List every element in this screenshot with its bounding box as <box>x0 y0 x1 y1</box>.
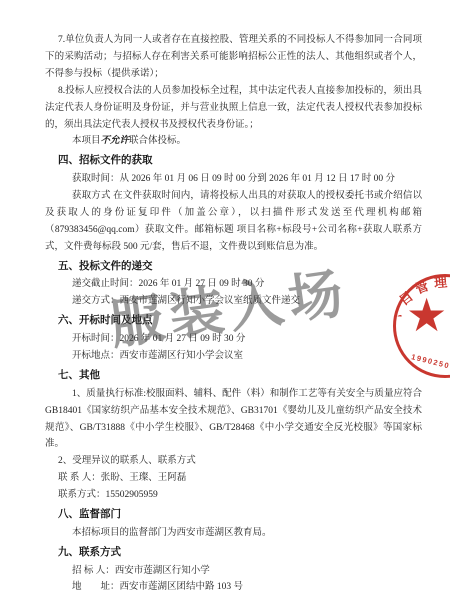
obtain-time-line: 获取时间：从 2026 年 01 月 06 日 09 时 00 分到 2026 … <box>45 171 422 188</box>
star-icon: ★ <box>406 292 447 338</box>
section-heading-supervision: 八、监督部门 <box>58 507 422 524</box>
section-heading-obtain-documents: 四、招标文件的获取 <box>58 153 422 170</box>
contact-persons-line: 联 系 人：张盼、王璨、王阿磊 <box>45 470 422 487</box>
paragraph-7: 7.单位负责人为同一人或者存在直接控股、管理关系的不同投标人不得参加同一合同项下… <box>45 32 422 83</box>
tenderee-line: 招 标 人：西安市莲湖区行知小学 <box>45 563 422 580</box>
address-line: 地 址：西安市莲湖区团结中路 103 号 <box>45 579 422 596</box>
contact-phone-line: 联系方式：15502905959 <box>45 487 422 504</box>
opening-place-line: 开标地点：西安市莲湖区行知小学会议室 <box>45 348 422 365</box>
quality-standard-line: 1、质量执行标准:校服面料、辅料、配件（料）和制作工艺等有关安全与质量应符合 G… <box>45 386 422 454</box>
joint-bid-prefix: 本项目 <box>72 136 101 146</box>
section-heading-other: 七、其他 <box>58 368 422 385</box>
obtain-method-line: 获取方式 在文件获取时间内，请将投标人出具的对获取人的授权委托书或介绍信以及获取… <box>45 188 422 256</box>
document-page: 7.单位负责人为同一人或者存在直接控股、管理关系的不同投标人不得参加同一合同项下… <box>0 0 450 600</box>
objection-contact-title: 2、受理异议的联系人、联系方式 <box>45 453 422 470</box>
section-heading-contact-info: 九、联系方式 <box>58 545 422 562</box>
red-seal-stamp: 、 目 管 理 ★ 19902500 <box>393 272 450 390</box>
joint-bid-emphasis: 不允许 <box>101 136 130 146</box>
joint-bid-note: 本项目不允许联合体投标。 <box>45 133 422 150</box>
paragraph-8: 8.投标人应授权合法的人员参加投标全过程，其中法定代表人直接参加投标的，须出具法… <box>45 83 422 134</box>
supervision-body-line: 本招标项目的监督部门为西安市莲湖区教育局。 <box>45 525 422 542</box>
joint-bid-suffix: 联合体投标。 <box>129 136 186 146</box>
